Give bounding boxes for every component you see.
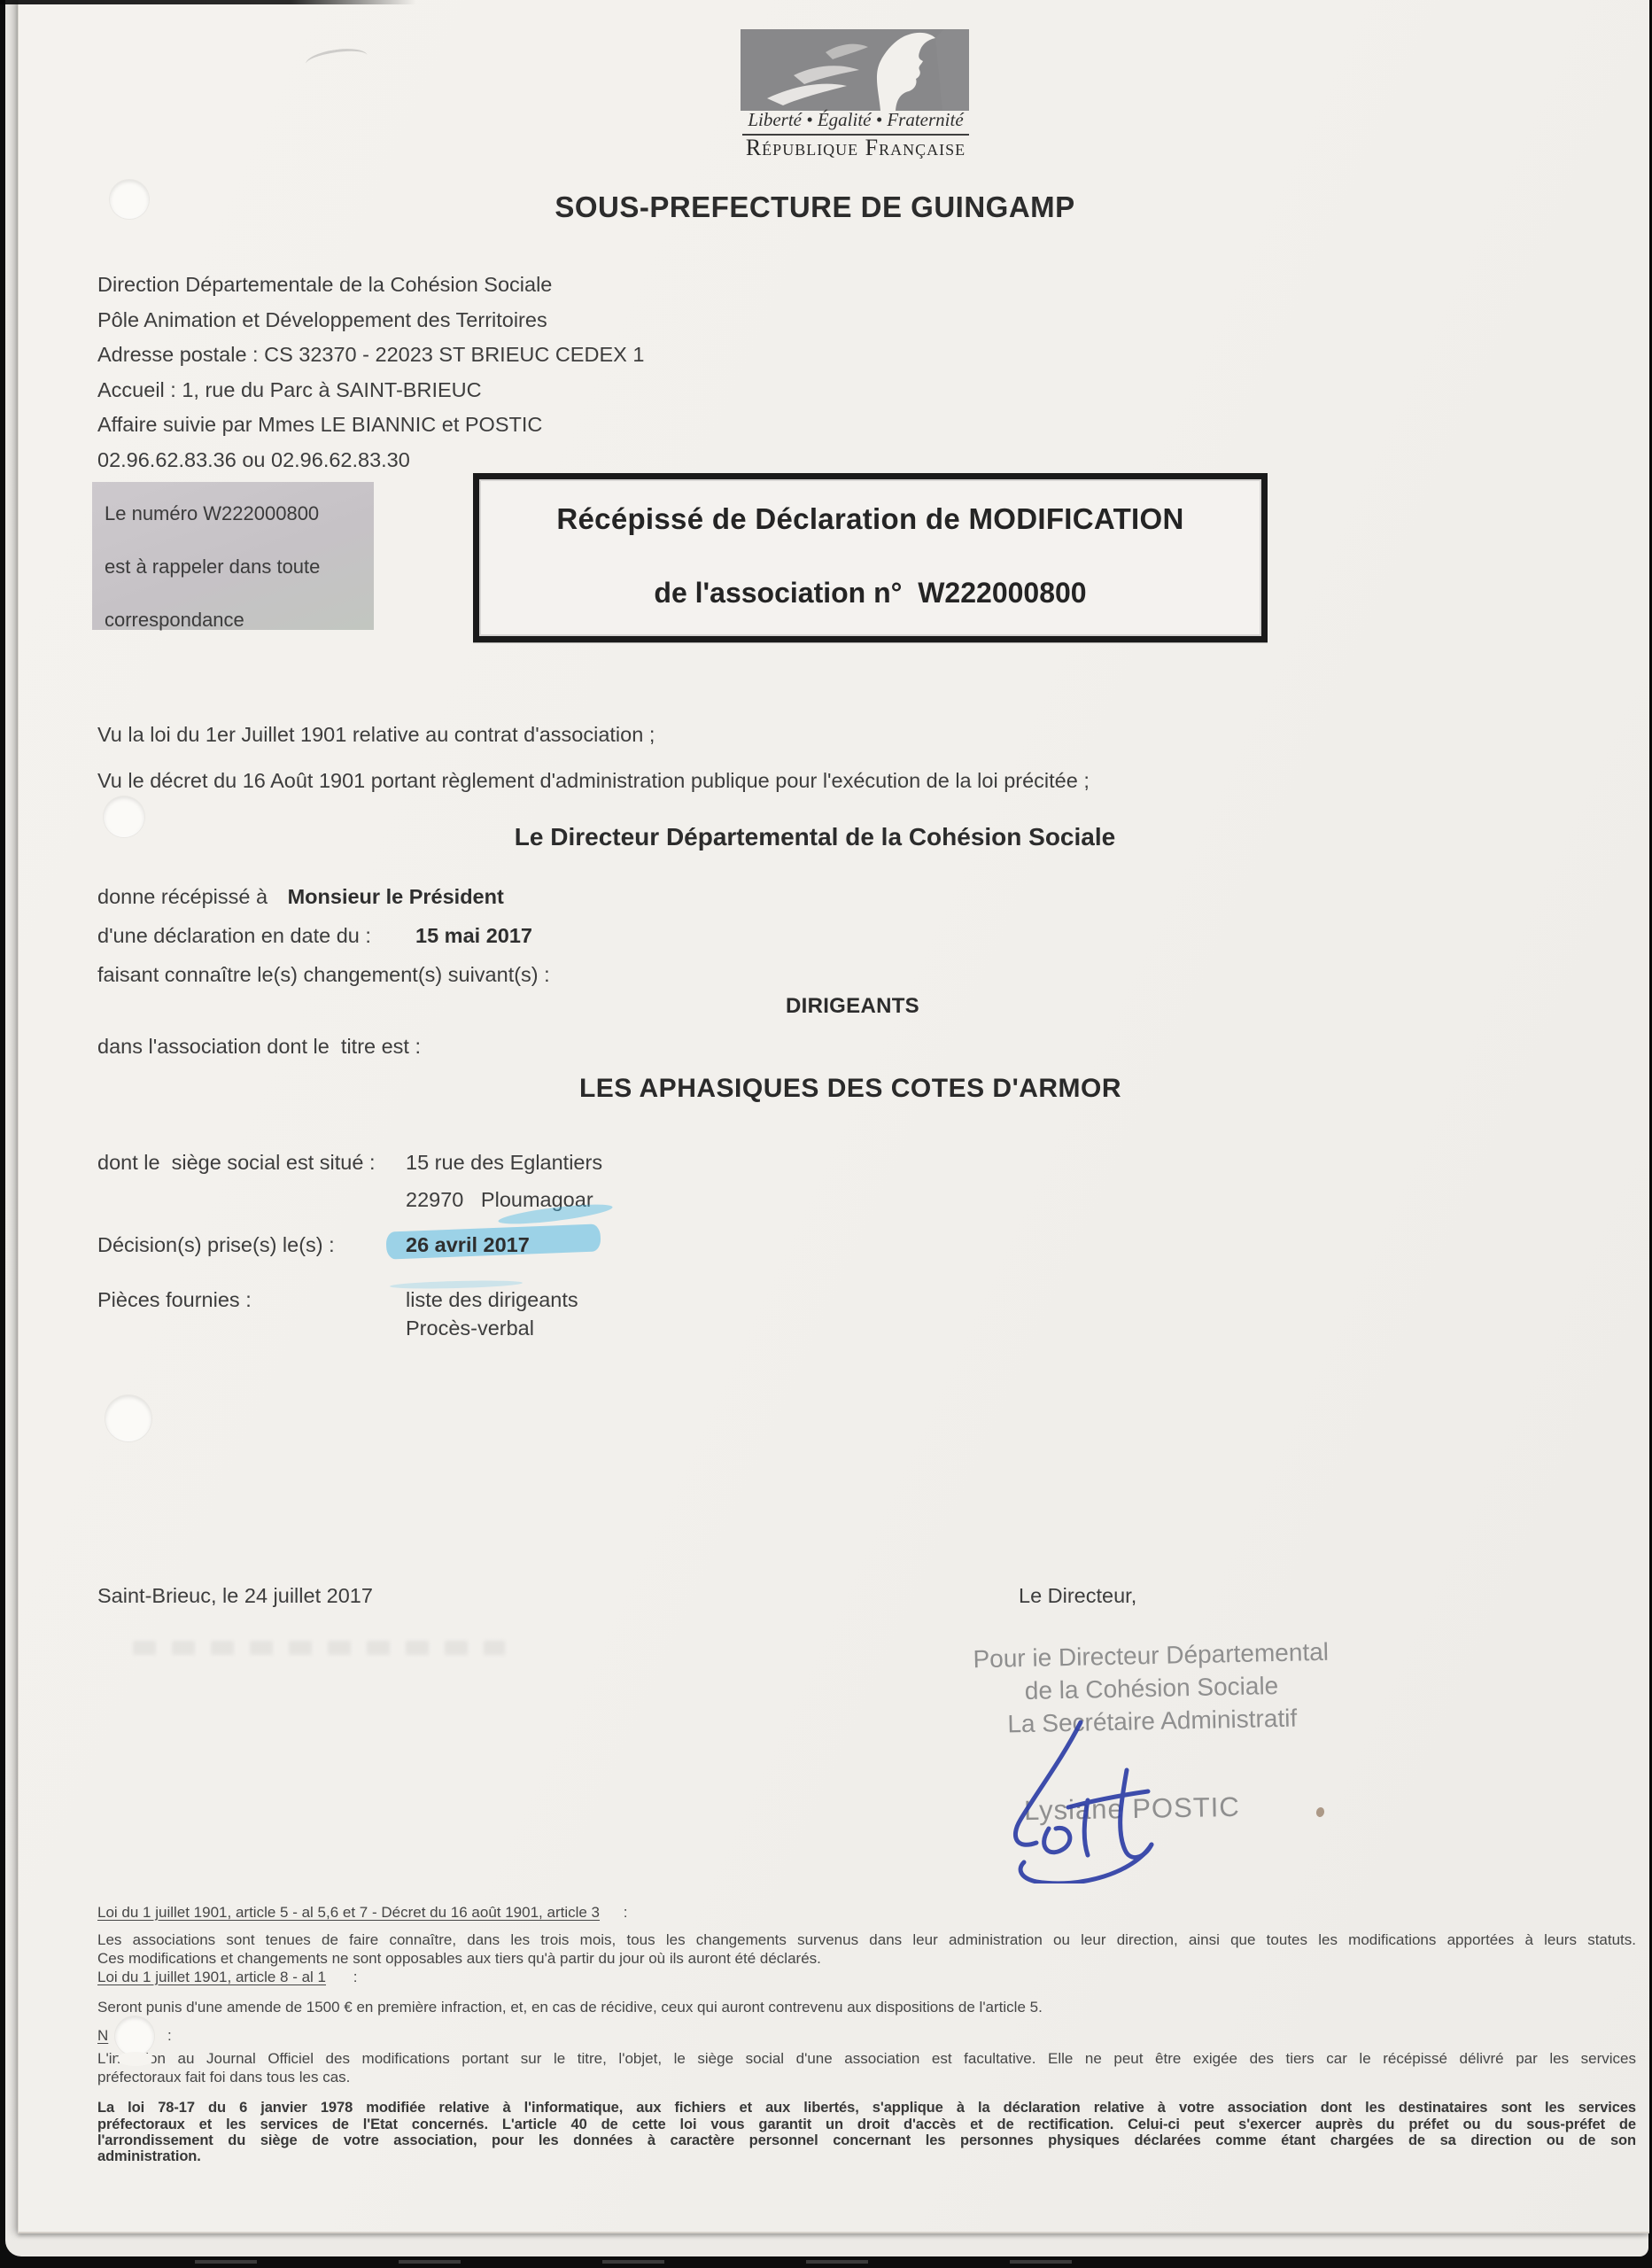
- association-name: LES APHASIQUES DES COTES D'ARMOR: [416, 1074, 1284, 1104]
- signature-ink: [974, 1715, 1205, 1884]
- reference-line: Le numéro W222000800: [105, 487, 374, 540]
- republic-label: République Française: [705, 135, 1006, 161]
- decision-row: Décision(s) prise(s) le(s) : 26 avril 20…: [97, 1233, 335, 1257]
- recipient-label: donne récépissé à: [97, 885, 268, 908]
- place-date: Saint-Brieuc, le 24 juillet 2017: [97, 1584, 373, 1608]
- hq-row: dont le siège social est situé : 15 rue …: [97, 1151, 376, 1175]
- legal-penalty-line: Seront punis d'une amende de 1500 € en p…: [97, 1999, 1636, 2016]
- privacy-paragraph-line: préfectoraux et les services de l'Etat c…: [97, 2116, 1636, 2133]
- scanner-reflection: [1010, 2260, 1072, 2264]
- sender-line: Direction Départementale de la Cohésion …: [97, 268, 644, 303]
- republic-motto: Liberté • Égalité • Fraternité: [705, 109, 1006, 131]
- hq-label: dont le siège social est situé :: [97, 1151, 376, 1174]
- decision-date-value: 26 avril 2017: [406, 1233, 530, 1257]
- sender-line: Adresse postale : CS 32370 - 22023 ST BR…: [97, 338, 644, 373]
- handwritten-signature: [974, 1715, 1205, 1888]
- declaration-date-value: 15 mai 2017: [415, 924, 532, 948]
- scan-edge-artifact: [0, 0, 416, 4]
- legal-nota-letter: N: [97, 2027, 108, 2044]
- privacy-paragraph-line: La loi 78-17 du 6 janvier 1978 modifiée …: [97, 2099, 1636, 2117]
- association-intro: dans l'association dont le titre est :: [97, 1035, 421, 1059]
- scanner-reflection: [602, 2260, 664, 2264]
- legal-heading-2-colon: :: [353, 1969, 358, 1985]
- reference-line: est à rappeler dans toute: [105, 540, 374, 594]
- office-title: SOUS-PREFECTURE DE GUINGAMP: [399, 190, 1231, 224]
- stamp-ghost-mark: [133, 1641, 505, 1655]
- document-item: liste des dirigeants: [406, 1288, 578, 1312]
- legal-heading-2-text: Loi du 1 juillet 1901, article 8 - al 1: [97, 1969, 326, 1985]
- legal-nota-heading: N :: [97, 2027, 1636, 2045]
- privacy-paragraph-line: administration.: [97, 2148, 1636, 2165]
- scanner-reflection: [806, 2260, 868, 2264]
- declaration-date-row: d'une déclaration en date du : 15 mai 20…: [97, 924, 371, 948]
- legal-reference-2: Vu le décret du 16 Août 1901 portant règ…: [97, 769, 1090, 793]
- legal-nota-colon: :: [167, 2027, 172, 2044]
- legal-paragraph-line: L'insertion au Journal Officiel des modi…: [97, 2050, 1636, 2068]
- legal-paragraph-line: préfectoraux fait foi dans tous les cas.: [97, 2069, 1636, 2086]
- receipt-title-line1: Récépissé de Déclaration de MODIFICATION: [556, 502, 1183, 536]
- recipient-row: donne récépissé à Monsieur le Président: [97, 885, 504, 909]
- declaration-date-label: d'une déclaration en date du :: [97, 924, 371, 947]
- punch-hole: [105, 1395, 151, 1441]
- documents-label: Pièces fournies :: [97, 1288, 252, 1311]
- reference-line: correspondance: [105, 594, 374, 647]
- legal-heading-1-text: Loi du 1 juillet 1901, article 5 - al 5,…: [97, 1904, 600, 1921]
- director-heading: Le Directeur Départemental de la Cohésio…: [337, 823, 1293, 851]
- sender-block: Direction Départementale de la Cohésion …: [97, 268, 644, 478]
- reference-number-box: Le numéro W222000800 est à rappeler dans…: [92, 482, 374, 630]
- hq-address: 15 rue des Eglantiers: [406, 1151, 602, 1175]
- scanner-reflection: [195, 2260, 257, 2264]
- sender-line: Affaire suivie par Mmes LE BIANNIC et PO…: [97, 408, 644, 443]
- sender-line: Accueil : 1, rue du Parc à SAINT-BRIEUC: [97, 373, 644, 408]
- director-label: Le Directeur,: [1019, 1584, 1136, 1608]
- documents-row: Pièces fournies : liste des dirigeants: [97, 1288, 252, 1312]
- receipt-title-line2: de l'association n° W222000800: [654, 577, 1086, 610]
- recipient-value: Monsieur le Président: [288, 885, 504, 908]
- legal-heading-2: Loi du 1 juillet 1901, article 8 - al 1 …: [97, 1969, 1636, 1986]
- change-type: DIRIGEANTS: [753, 994, 952, 1019]
- marianne-logo: [741, 29, 969, 111]
- changes-intro: faisant connaître le(s) changement(s) su…: [97, 963, 550, 987]
- document-item: Procès-verbal: [406, 1317, 534, 1340]
- receipt-title-box: Récépissé de Déclaration de MODIFICATION…: [473, 473, 1268, 642]
- scanner-reflection: [399, 2260, 461, 2264]
- legal-paragraph-line: Ces modifications et changements ne sont…: [97, 1950, 1636, 1968]
- privacy-paragraph-line: l'arrondissement du siège de votre assoc…: [97, 2132, 1636, 2149]
- legal-paragraph-line: Les associations sont tenues de faire co…: [97, 1931, 1636, 1949]
- punch-hole: [110, 180, 149, 219]
- legal-heading-1-colon: :: [624, 1904, 628, 1921]
- punch-hole: [104, 796, 144, 837]
- legal-reference-1: Vu la loi du 1er Juillet 1901 relative a…: [97, 723, 655, 747]
- punch-hole: [115, 2016, 154, 2055]
- marianne-logo-image: [741, 29, 969, 111]
- punch-hole-abrasion: [117, 2052, 154, 2066]
- legal-heading-1: Loi du 1 juillet 1901, article 5 - al 5,…: [97, 1904, 1636, 1922]
- decision-label: Décision(s) prise(s) le(s) :: [97, 1233, 335, 1256]
- sender-line: Pôle Animation et Développement des Terr…: [97, 303, 644, 338]
